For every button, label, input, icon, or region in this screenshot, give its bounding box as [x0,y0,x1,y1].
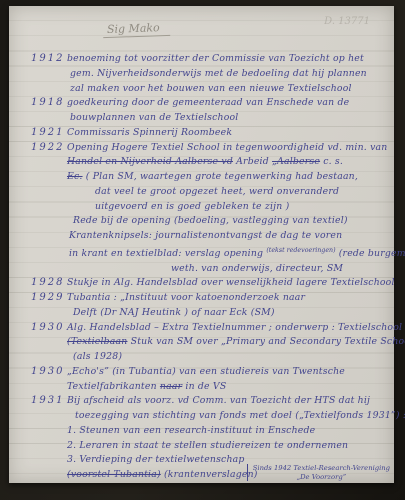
entry-text: in krant en textielblad: verslag opening [69,248,266,259]
entry-line: (Textielbaan Stuk van SM over „Primary a… [67,335,388,350]
entry-year: 1930 [31,365,67,377]
entry-year: 1922 [31,141,67,153]
entry-line: „Echo's” (in Tubantia) van een studierei… [67,365,388,380]
entry-lines: benoeming tot voorzitter der Commissie v… [67,52,388,96]
entry-lines: „Echo's” (in Tubantia) van een studierei… [67,365,388,395]
entry-line: 1. Steunen van een research-instituut in… [67,424,388,439]
side-note-line: „De Voorzorg” [253,473,390,482]
entry-text: bouwplannen van de Textielschool [70,112,238,123]
struck-text: Handel en Nijverheid Aalberse vd [67,156,233,167]
entry-line: (als 1928) [67,350,388,365]
entry-text: goedkeuring door de gemeenteraad van Ens… [67,97,349,108]
side-note: Sinds 1942 Textiel-Research-Vereniging „… [247,464,390,481]
struck-text: „Aalberse [272,156,320,167]
entry-lines: Stukje in Alg. Handelsblad over wenselij… [67,276,388,291]
entry-line: uitgevoerd en is goed gebleken te zijn ) [67,200,388,215]
entry-text: (krantenverslagen) [161,469,258,480]
struck-text: (Textielbaan [67,336,127,347]
entry-year: 1928 [31,276,67,288]
struck-text: (voorstel Tubantia) [67,469,161,480]
entry-text: Opening Hogere Textiel School in tegenwo… [67,142,387,153]
entry-lines: Tubantia : „Instituut voor katoenonderzo… [67,291,388,321]
entry-text: Delft (Dr NAJ Heutink ) of naar Eck (SM) [73,307,275,318]
entry-line: Ec. ( Plan SM, waartegen grote tegenwerk… [67,170,388,185]
entry-lines: Commissaris Spinnerij Roombeek [67,126,388,141]
entry-year: 1912 [31,52,67,64]
entry-line: in krant en textielblad: verslag opening… [67,244,388,262]
entry-text: „Echo's” (in Tubantia) van een studierei… [67,366,345,377]
entry-row: 1928Stukje in Alg. Handelsblad over wens… [31,276,388,291]
entry-line: Stukje in Alg. Handelsblad over wenselij… [67,276,388,291]
note-content: Sig Mako D. 13771 1912benoeming tot voor… [9,6,394,483]
entry-year: 1930 [31,321,67,333]
pencil-reference-number: D. 13771 [324,16,370,27]
entry-line: Textielfabrikanten naar in de VS [67,380,388,395]
entry-text: Commissaris Spinnerij Roombeek [67,127,232,138]
pencil-signature: Sig Mako [103,21,170,38]
entry-text: Arbeid [233,156,272,167]
entry-line: benoeming tot voorzitter der Commissie v… [67,52,388,67]
entry-year: 1918 [31,96,67,108]
entry-line: goedkeuring door de gemeenteraad van Ens… [67,96,388,111]
entry-line: Tubantia : „Instituut voor katoenonderzo… [67,291,388,306]
entry-row: 1930Alg. Handelsblad – Extra Textielnumm… [31,321,388,365]
entry-text: 3. Verdieping der textielwetenschap [67,454,245,465]
entry-line: bouwplannen van de Textielschool [67,111,388,126]
entry-lines: Opening Hogere Textiel School in tegenwo… [67,141,388,277]
entry-text: gem. Nijverheidsonderwijs met de bedoeli… [70,68,367,79]
entry-text: c. s. [320,156,343,167]
entry-line: weth. van onderwijs, directeur, SM [67,262,388,277]
entry-year: 1929 [31,291,67,303]
side-note-line: Sinds 1942 Textiel-Research-Vereniging [253,464,390,473]
entry-line: zal maken voor het bouwen van een nieuwe… [67,82,388,97]
note-header: Sig Mako D. 13771 [31,16,388,52]
struck-text: naar [160,381,182,392]
entry-text: Alg. Handelsblad – Extra Textielnummer ;… [67,322,402,333]
entry-text: uitgevoerd en is goed gebleken te zijn ) [95,201,289,212]
entry-line: dat veel te groot opgezet heet, werd onv… [67,185,388,200]
entry-row: 1930„Echo's” (in Tubantia) van een studi… [31,365,388,395]
entry-row: 1922Opening Hogere Textiel School in teg… [31,141,388,277]
entry-text: in de VS [182,381,226,392]
entry-text: (als 1928) [73,351,122,362]
entry-text: ( Plan SM, waartegen grote tegenwerking … [83,171,358,182]
entry-line: Opening Hogere Textiel School in tegenwo… [67,141,388,156]
entry-row: 1929Tubantia : „Instituut voor katoenond… [31,291,388,321]
entry-line: Handel en Nijverheid Aalberse vd Arbeid … [67,155,388,170]
entry-text: Stukje in Alg. Handelsblad over wenselij… [67,277,395,288]
entry-row: 1921Commissaris Spinnerij Roombeek [31,126,388,141]
entry-row: 1912benoeming tot voorzitter der Commiss… [31,52,388,96]
entry-line: Krantenknipsels: journalistenontvangst d… [67,229,388,244]
entry-text: zal maken voor het bouwen van een nieuwe… [70,83,352,94]
entry-line: 2. Leraren in staat te stellen studierei… [67,439,388,454]
handwritten-note-card: Sig Mako D. 13771 1912benoeming tot voor… [9,6,394,483]
entry-text: weth. van onderwijs, directeur, SM [171,263,343,274]
entry-year: 1931 [31,394,67,406]
entry-text: (rede burgemeester Bergsma) [336,248,405,259]
entry-lines: Alg. Handelsblad – Extra Textielnummer ;… [67,321,388,365]
struck-text: Ec. [67,171,83,182]
entry-line: Alg. Handelsblad – Extra Textielnummer ;… [67,321,388,336]
entry-row: 1918goedkeuring door de gemeenteraad van… [31,96,388,126]
entry-line: Bij afscheid als voorz. vd Comm. van Toe… [67,394,388,409]
entry-text: Tubantia : „Instituut voor katoenonderzo… [67,292,305,303]
entry-text: dat veel te groot opgezet heet, werd onv… [95,186,339,197]
timeline-entries: 1912benoeming tot voorzitter der Commiss… [31,52,388,483]
entry-line: toezegging van stichting van fonds met d… [67,409,388,424]
entry-text: Bij afscheid als voorz. vd Comm. van Toe… [67,395,370,406]
entry-line: Delft (Dr NAJ Heutink ) of naar Eck (SM) [67,306,388,321]
inserted-text: (tekst redevoeringen) [266,247,335,254]
entry-text: 1. Steunen van een research-instituut in… [67,425,315,436]
entry-text: Rede bij de opening (bedoeling, vastlegg… [73,215,348,226]
entry-text: toezegging van stichting van fonds met d… [75,410,405,421]
entry-text: 2. Leraren in staat te stellen studierei… [67,440,348,451]
entry-line: gem. Nijverheidsonderwijs met de bedoeli… [67,67,388,82]
entry-year: 1921 [31,126,67,138]
entry-lines: goedkeuring door de gemeenteraad van Ens… [67,96,388,126]
entry-text: Textielfabrikanten [67,381,160,392]
entry-text: Stuk van SM over „Primary and Secondary … [127,336,405,347]
entry-line: Commissaris Spinnerij Roombeek [67,126,388,141]
entry-text: benoeming tot voorzitter der Commissie v… [67,53,364,64]
entry-text: Krantenknipsels: journalistenontvangst d… [69,230,342,241]
entry-line: Rede bij de opening (bedoeling, vastlegg… [67,214,388,229]
